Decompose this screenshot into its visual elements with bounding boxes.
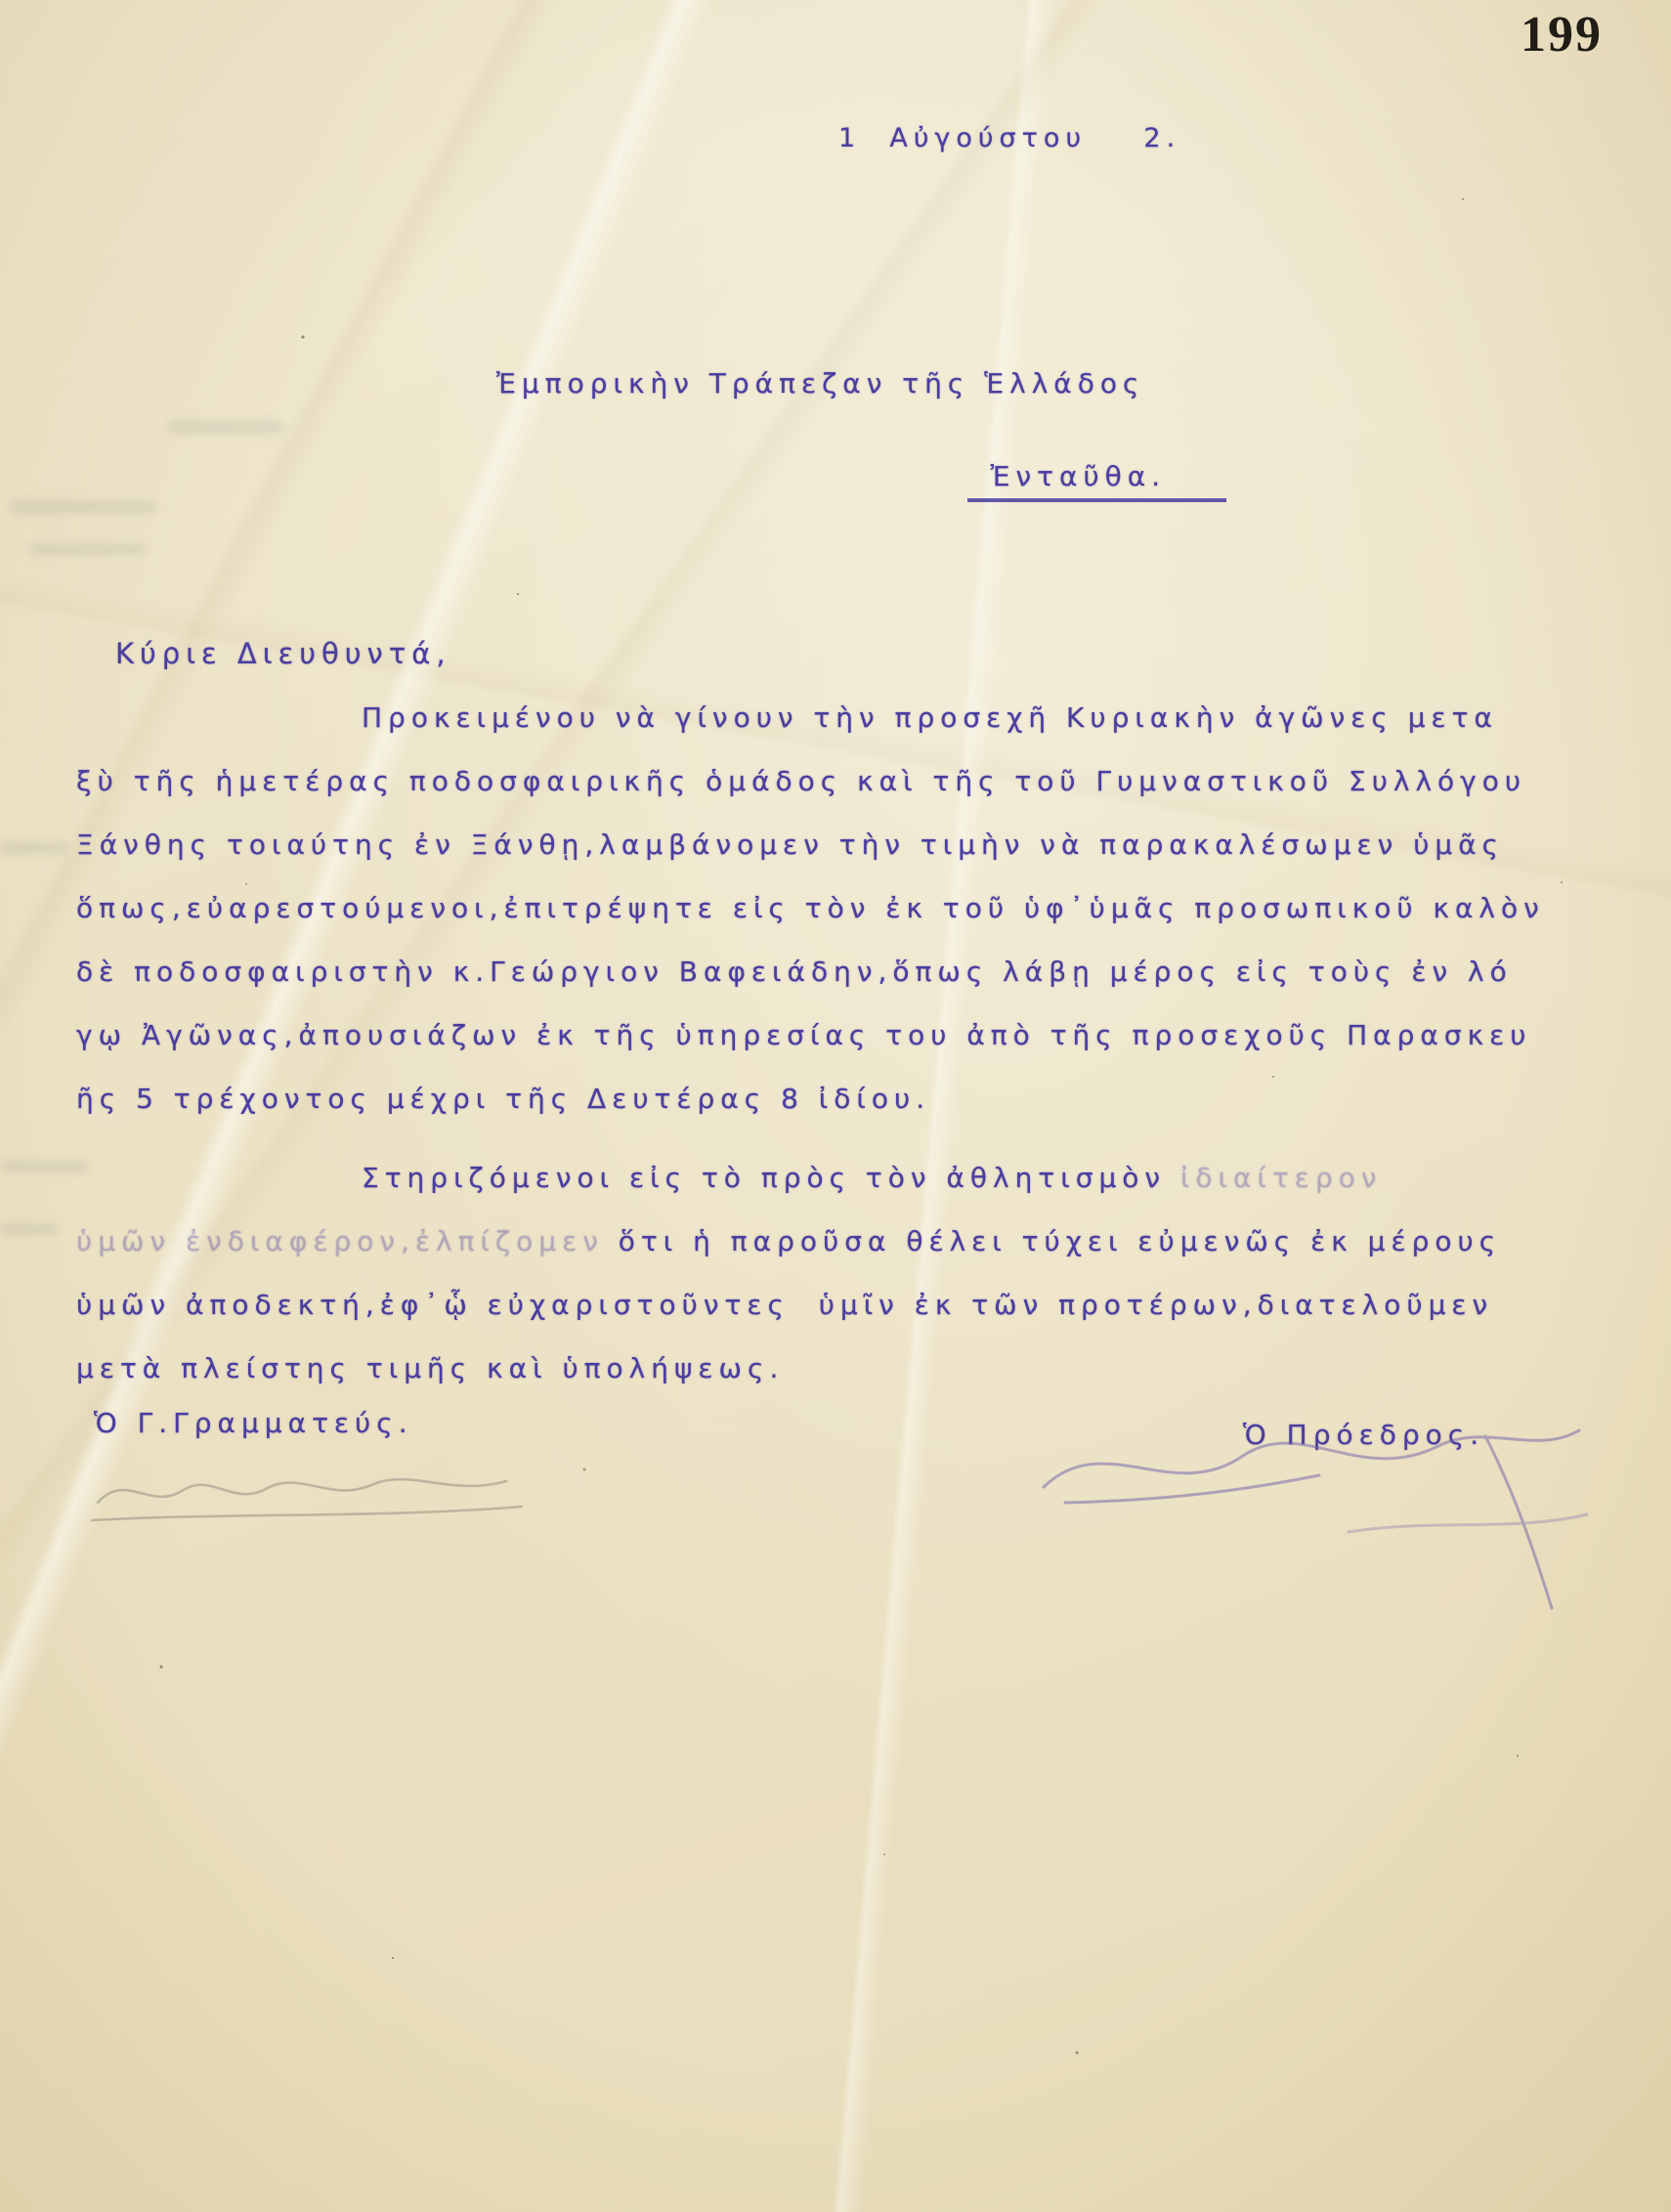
bleed-through-mark bbox=[0, 842, 68, 854]
secretary-signature bbox=[86, 1446, 555, 1544]
body-line-7: ῆς 5 τρέχοντος μέχρι τῆς Δευτέρας 8 ἰδίο… bbox=[76, 1083, 1671, 1146]
body-line-3: Ξάνθης τοιαύτης ἐν Ξάνθῃ,λαμβάνομεν τὴν … bbox=[76, 829, 1671, 892]
page-number: 199 bbox=[1521, 6, 1603, 64]
location-text: Ἐνταῦθα. bbox=[967, 460, 1227, 502]
body-line-9-faint: ὑμῶν ἐνδιαφέρον,ἐλπίζομεν bbox=[76, 1225, 619, 1257]
location-line: Ἐνταῦθα. bbox=[909, 428, 1226, 534]
body-line-8: Στηριζόμενοι εἰς τὸ πρὸς τὸν ἀθλητισμὸν … bbox=[76, 1162, 1671, 1225]
president-signature bbox=[1026, 1385, 1632, 1659]
body-line-5: δὲ ποδοσφαιριστὴν κ.Γεώργιον Βαφειάδην,ὅ… bbox=[76, 956, 1671, 1019]
salutation: Κύριε Διευθυντά, bbox=[115, 637, 451, 670]
body-line-9: ὑμῶν ἐνδιαφέρον,ἐλπίζομεν ὅτι ἡ παροῦσα … bbox=[76, 1225, 1671, 1289]
bleed-through-mark bbox=[0, 1223, 59, 1235]
bleed-through-mark bbox=[166, 420, 283, 434]
body-line-10: ὑμῶν ἀποδεκτή,ἐφ᾽ᾧ εὐχαριστοῦντες ὑμῖν ἐ… bbox=[76, 1289, 1671, 1352]
body-line-4: ὅπως,εὐαρεστούμενοι,ἐπιτρέψητε εἰς τὸν ἐ… bbox=[76, 892, 1671, 956]
letter-body: Προκειμένου νὰ γίνουν τὴν προσεχῆ Κυριακ… bbox=[76, 702, 1671, 1416]
letter-page: 199 1 Αὐγούστου 2. Ἐμπορικὴν Τράπεζαν τῆ… bbox=[0, 0, 1671, 2212]
body-line-8-faint: ἰδιαίτερον bbox=[1180, 1162, 1383, 1194]
body-line-6: γῳ Ἀγῶνας,ἀπουσιάζων ἐκ τῆς ὑπηρεσίας το… bbox=[76, 1019, 1671, 1083]
body-line-2: ξὺ τῆς ἡμετέρας ποδοσφαιρικῆς ὁμάδος καὶ… bbox=[76, 765, 1671, 829]
body-line-1: Προκειμένου νὰ γίνουν τὴν προσεχῆ Κυριακ… bbox=[76, 702, 1671, 765]
recipient-line: Ἐμπορικὴν Τράπεζαν τῆς Ἑλλάδος bbox=[496, 367, 1144, 400]
bleed-through-mark bbox=[10, 500, 156, 514]
body-line-8-main: Στηριζόμενοι εἰς τὸ πρὸς τὸν ἀθλητισμὸν bbox=[362, 1162, 1180, 1194]
bleed-through-mark bbox=[0, 1161, 88, 1172]
body-line-9-main: ὅτι ἡ παροῦσα θέλει τύχει εὐμενῶς ἐκ μέρ… bbox=[619, 1225, 1501, 1257]
bleed-through-mark bbox=[29, 543, 147, 555]
date-line: 1 Αὐγούστου 2. bbox=[838, 123, 1180, 153]
secretary-title: Ὁ Γ.Γραμματεύς. bbox=[94, 1407, 413, 1439]
